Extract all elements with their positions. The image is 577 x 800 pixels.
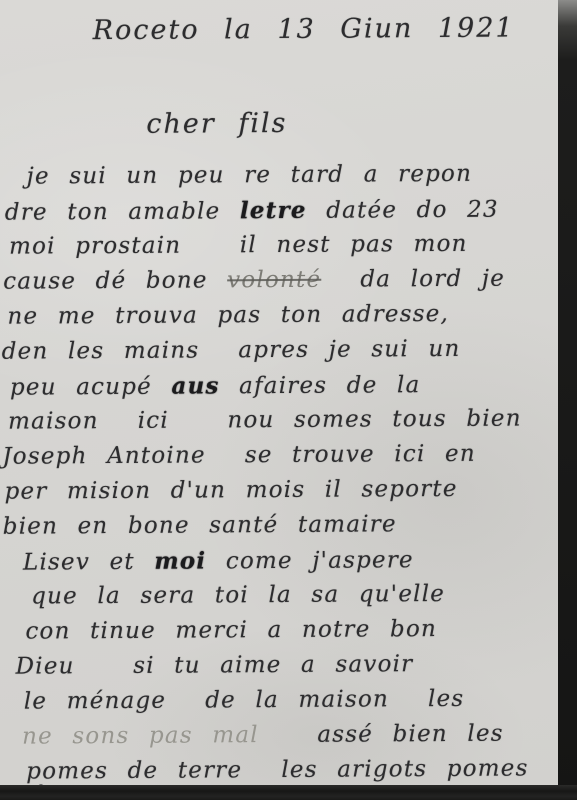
letter-line: per mision d'un mois il seporte: [4, 471, 558, 509]
letter-line: maison ici nou somes tous bien: [8, 401, 558, 439]
letter-date-line: Roceto la 13 Giun 1921: [93, 6, 556, 53]
letter-line-segment: le ménage de la maison les: [24, 686, 465, 715]
letter-line-segment: ne me trouva pas ton adresse,: [7, 301, 449, 330]
letter: Roceto la 13 Giun 1921 cher fils je sui …: [0, 0, 560, 800]
letter-line: ne sons pas mal assé bien les: [22, 716, 560, 754]
letter-line-segment: da lord je: [321, 266, 505, 293]
scanned-letter-page: Roceto la 13 Giun 1921 cher fils je sui …: [0, 0, 577, 800]
letter-line: dre ton amable letre datée do 23: [5, 191, 557, 229]
letter-line-segment: den les mains apres je sui un: [2, 336, 461, 365]
letter-line-segment: datée do 23: [307, 197, 499, 224]
letter-line: Dieu si tu aime a savoir: [16, 646, 560, 684]
letter-line: Lisev et moi come j'aspere: [23, 541, 559, 579]
letter-line-segment: moi prostain il nest pas mon: [9, 231, 468, 260]
letter-line-segment: dre ton amable: [5, 198, 240, 225]
letter-line: cause dé bone volonté da lord je: [3, 261, 557, 299]
letter-line-segment: come j'aspere: [206, 547, 414, 574]
letter-line: den les mains apres je sui un: [2, 331, 558, 369]
letter-line: peu acupé aus afaires de la: [10, 366, 558, 404]
letter-line: ne me trouva pas ton adresse,: [7, 296, 557, 334]
letter-body: je sui un peu re tard a repondre ton ama…: [0, 156, 560, 800]
letter-line: que la sera toi la sa qu'elle: [31, 576, 559, 614]
letter-line-segment: assé bien les: [259, 721, 504, 748]
letter-line-segment: moi: [154, 547, 206, 574]
letter-line-segment: peu acupé: [10, 374, 172, 401]
letter-line-segment: que la sera toi la sa qu'elle: [31, 581, 445, 610]
letter-salutation: cher fils: [146, 102, 556, 145]
letter-line: le ménage de la maison les: [24, 681, 560, 719]
letter-line: je sui un peu re tard a repon: [27, 156, 557, 194]
letter-line-segment: maison ici nou somes tous bien: [8, 406, 522, 435]
letter-line-segment: je sui un peu re tard a repon: [27, 161, 473, 190]
letter-line-segment: Joseph Antoine se trouve ici en: [2, 441, 476, 470]
scan-border-right: [558, 0, 577, 800]
letter-line-segment: cause dé bone: [3, 267, 227, 294]
letter-line-segment: Dieu si tu aime a savoir: [16, 651, 414, 679]
scan-border-bottom: [0, 785, 577, 800]
letter-line: moi prostain il nest pas mon: [9, 226, 557, 264]
letter-line-segment: Lisev et: [23, 549, 154, 576]
letter-line: Joseph Antoine se trouve ici en: [2, 436, 558, 474]
letter-line-segment: con tinue merci a notre bon: [25, 616, 437, 645]
letter-line-segment: letre: [240, 197, 307, 224]
letter-line: con tinue merci a notre bon: [25, 611, 559, 649]
letter-line-segment: volonté: [227, 267, 321, 294]
letter-line: bien en bone santé tamaire: [3, 506, 559, 544]
letter-line-segment: afaires de la: [220, 372, 421, 399]
letter-line-segment: ne sons pas mal: [22, 722, 259, 749]
letter-line-segment: aus: [171, 372, 219, 399]
letter-line-segment: bien en bone santé tamaire: [3, 511, 397, 539]
letter-line-segment: per mision d'un mois il seporte: [4, 476, 457, 505]
letter-line-segment: pomes de terre les arigots pomes: [26, 755, 528, 784]
